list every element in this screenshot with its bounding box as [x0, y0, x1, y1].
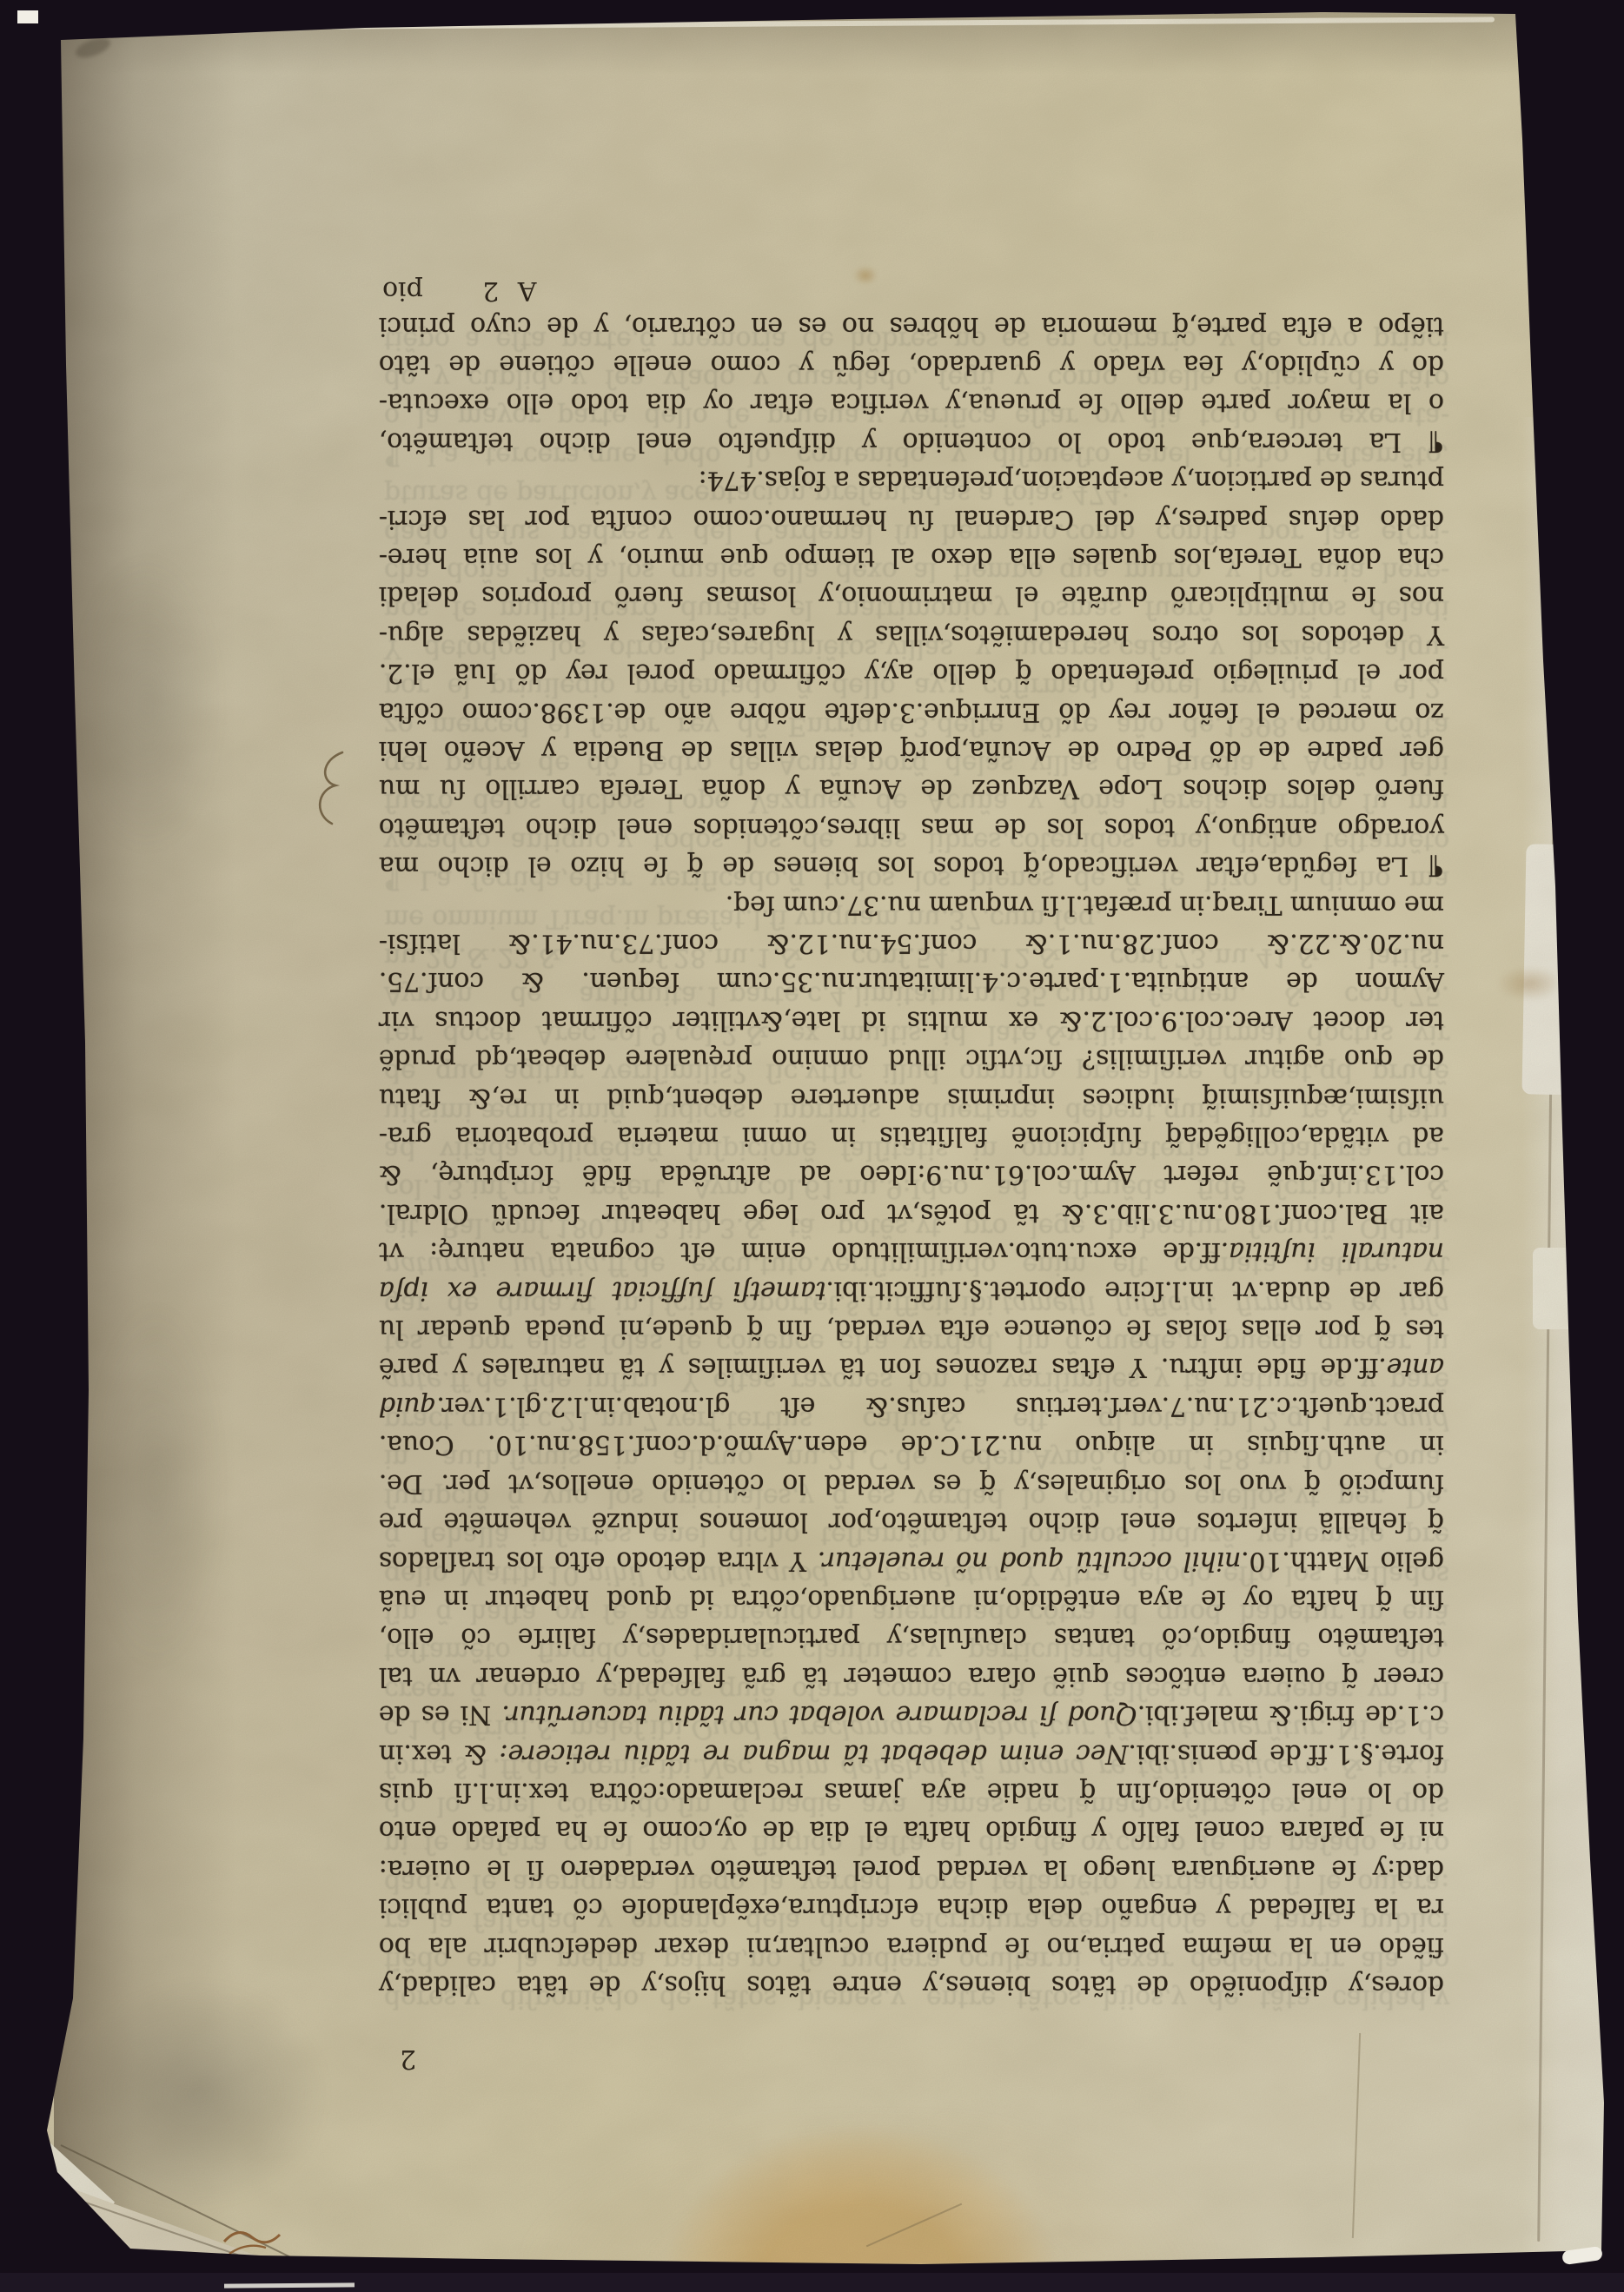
text-line: ger padre de dõ Pedro de Acuña,porq̃ del…	[379, 731, 1444, 769]
text-line: teſtamẽto fingido,cõ tantas clauſulas,y …	[379, 1618, 1444, 1656]
torn-edge-notch	[1533, 1248, 1590, 1329]
text-line: pract.queſt.c.21.nu.7.verſ.tertius caſus…	[379, 1387, 1444, 1425]
binding-gutter-shadow	[54, 31, 236, 2259]
edge-stain	[1496, 966, 1562, 1001]
text-line: por el priuilegio preſentado q̃ dello ay…	[379, 653, 1444, 692]
text-line: pturas de particion,y aceptacion,preſent…	[379, 460, 1444, 499]
text-line: nu.20.&.22.& conſ.28.nu.1.& conſ.54.nu.1…	[379, 924, 1444, 962]
scribble-mark	[219, 2214, 332, 2266]
text-line: gar de duda.vt in.l.ſcire oportet.§.ſuff…	[379, 1270, 1444, 1308]
text-line: fuerõ delos dichos Lope Vazquez de Acuña…	[379, 769, 1444, 807]
signature-mark: A 2	[477, 275, 536, 306]
text-line: creer q̃ ouiera entõces quiẽ oſara comet…	[379, 1656, 1444, 1694]
text-line: nos ſe multiplicarõ durãte el matrimonio…	[379, 576, 1444, 614]
text-line: in auth.ſiquis in aliquo nu.21.C.de eden…	[379, 1425, 1444, 1463]
text-line: tiẽpo a eſta parte,q̃ memoria de hõbres …	[379, 306, 1444, 344]
text-line: fiẽdo en la meſma patria,no ſe pudiera o…	[379, 1926, 1444, 1964]
rotated-text-block: dores,y diſponiẽdo de tãtos bienes,y ent…	[379, 268, 1444, 2074]
text-column: dores,y diſponiẽdo de tãtos bienes,y ent…	[379, 306, 1444, 2036]
text-line: dad:y ſe aueriguara luego la verdad pore…	[379, 1849, 1444, 1887]
foxing-patch	[90, 1303, 221, 1668]
folio-row: 2	[379, 2036, 1444, 2074]
text-line: col.13.inf.quẽ refert Aym.col.61.nu.9:Id…	[379, 1155, 1444, 1193]
text-line: dado deſus padres,y del Cardenal ſu herm…	[379, 499, 1444, 537]
marginalia-flourish	[306, 747, 353, 831]
foxing-patch	[68, 1981, 328, 2207]
scan-artifact	[17, 10, 38, 23]
text-line: ni ſe paſara conel falſo y fingido haſta…	[379, 1811, 1444, 1849]
text-line: tes q̃ por ellas ſolas ſe cõuence eſta v…	[379, 1309, 1444, 1348]
folio-number: 2	[400, 2044, 416, 2074]
text-line: do lo enel cõtenido,ſin q̃ nadie aya jam…	[379, 1772, 1444, 1811]
text-line: zo merced el ſeñor rey dõ Enrrique.3.deſ…	[379, 692, 1444, 730]
text-line: ante.ff.de fide inſtru. Y eſtas razones …	[379, 1348, 1444, 1386]
text-line: Y detodos los otros heredamiẽtos,villas …	[379, 614, 1444, 652]
text-line: ¶ La ſegũda,eſtar verificado,q̃ todos lo…	[379, 846, 1444, 884]
text-line: de quo agitur veriſimilis? ſic,vtſic ill…	[379, 1039, 1444, 1077]
catchword: pio	[382, 275, 423, 306]
moisture-stain	[600, 2061, 1121, 2266]
text-line: do y cũplido,y ſea vſado y guardado, ſeg…	[379, 345, 1444, 383]
text-line: c.1.de frigi.& malef.ibi.Quod ſi reclama…	[379, 1695, 1444, 1733]
text-line: ait Bal.conſ.180.nu.3.lib.3.& tã potẽs,v…	[379, 1193, 1444, 1231]
text-line: cha doña Tereſa,los quales ella dexo al …	[379, 538, 1444, 576]
text-line: ra la falſedad y engaño dela dicha eſcri…	[379, 1888, 1444, 1926]
text-line: dores,y diſponiẽdo de tãtos bienes,y ent…	[379, 1965, 1444, 2004]
text-line: ſin q̃ haſta oy ſe aya entẽdido,ni aueri…	[379, 1580, 1444, 1618]
scanned-book-photo: dores,y diſponiẽdo de tãtos bienes,y ent…	[0, 0, 1624, 2292]
signature-row: A 2 pio	[379, 268, 1444, 306]
text-line: Aymon de antiquita.1.parte.c.4.limitatur…	[379, 962, 1444, 1000]
foxing-patch	[73, 556, 221, 851]
underlying-leaf-edge	[1522, 417, 1624, 2259]
text-line: me omnium Tiraq.in præfat.l.ſi vnquam nu…	[379, 884, 1444, 923]
text-line: ad vitãda,colligẽdaq̃ ſuſpicionẽ falſita…	[379, 1116, 1444, 1155]
text-line: gelio Matth.10.nihil occultũ quod nõ reu…	[379, 1540, 1444, 1579]
text-line: ter docet Arec.col.9.col.2.& ex multis i…	[379, 1000, 1444, 1038]
text-line: q̃ ſehallã inſertos enel dicho teſtamẽto…	[379, 1502, 1444, 1540]
text-line: ¶ La tercera,que todo lo contenido y diſ…	[379, 421, 1444, 460]
text-line: forte.§.1.ff.de pœnis.ibi.Nec enim debeb…	[379, 1733, 1444, 1772]
parchment-page: dores,y diſponiẽdo de tãtos bienes,y ent…	[0, 0, 1624, 2292]
text-line: yoradgo antiguo,y todos los de mas libre…	[379, 807, 1444, 845]
text-line: o la mayor parte dello ſe prueua,y verif…	[379, 383, 1444, 421]
text-line: ſumpciõ q̃ vuo los originales,y q̃ es ve…	[379, 1463, 1444, 1501]
text-line: naturali iuſtitia.ff.de excu.tuto.veriſi…	[379, 1232, 1444, 1270]
text-line: uiſsimi,æquiſsimiq̃ iudices inprimis adu…	[379, 1077, 1444, 1116]
scanner-bed-band	[0, 2273, 1624, 2292]
